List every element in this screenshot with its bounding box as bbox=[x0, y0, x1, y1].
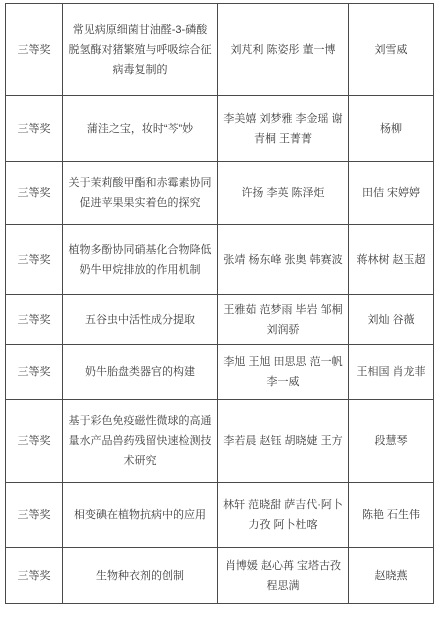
students-cell: 王雅茹 范梦雨 毕岩 邹桐 刘润骄 bbox=[218, 295, 349, 345]
advisors-cell: 赵晓燕 bbox=[349, 548, 434, 604]
students-cell: 李若晨 赵钰 胡晓婕 王方 bbox=[218, 400, 349, 483]
award-list-page: 三等奖 常见病原细菌甘油醛-3-磷酸脱氢酶对猪繁殖与呼吸综合征病毒复制的 刘芃利… bbox=[0, 0, 438, 624]
award-cell: 三等奖 bbox=[6, 295, 63, 345]
advisors-cell: 刘雪威 bbox=[349, 4, 434, 96]
title-cell: 五谷虫中活性成分提取 bbox=[63, 295, 218, 345]
award-cell: 三等奖 bbox=[6, 225, 63, 295]
table-row: 三等奖 植物多酚协同硝基化合物降低奶牛甲烷排放的作用机制 张靖 杨东峰 张奥 韩… bbox=[6, 225, 434, 295]
students-cell: 林轩 范晓甜 萨吉代·阿卜力孜 阿卜杜喀 bbox=[218, 483, 349, 548]
table-row: 三等奖 生物种衣剂的创制 肖博媛 赵心苒 宝塔古孜 程思满 赵晓燕 bbox=[6, 548, 434, 604]
award-cell: 三等奖 bbox=[6, 483, 63, 548]
award-cell: 三等奖 bbox=[6, 4, 63, 96]
award-cell: 三等奖 bbox=[6, 96, 63, 162]
students-cell: 李美嬉 刘梦雅 李金瑶 谢青桐 王菁菁 bbox=[218, 96, 349, 162]
award-table: 三等奖 常见病原细菌甘油醛-3-磷酸脱氢酶对猪繁殖与呼吸综合征病毒复制的 刘芃利… bbox=[5, 3, 434, 604]
advisors-cell: 田佶 宋婷婷 bbox=[349, 162, 434, 225]
advisors-cell: 段慧琴 bbox=[349, 400, 434, 483]
advisors-cell: 蒋林树 赵玉超 bbox=[349, 225, 434, 295]
table-row: 三等奖 蒲洼之宝，妆时“芩”妙 李美嬉 刘梦雅 李金瑶 谢青桐 王菁菁 杨柳 bbox=[6, 96, 434, 162]
table-row: 三等奖 常见病原细菌甘油醛-3-磷酸脱氢酶对猪繁殖与呼吸综合征病毒复制的 刘芃利… bbox=[6, 4, 434, 96]
title-cell: 蒲洼之宝，妆时“芩”妙 bbox=[63, 96, 218, 162]
title-cell: 关于茉莉酸甲酯和赤霉素协同促进苹果果实着色的探究 bbox=[63, 162, 218, 225]
title-cell: 生物种衣剂的创制 bbox=[63, 548, 218, 604]
students-cell: 许扬 李英 陈泽炬 bbox=[218, 162, 349, 225]
advisors-cell: 杨柳 bbox=[349, 96, 434, 162]
students-cell: 刘芃利 陈姿彤 董一博 bbox=[218, 4, 349, 96]
award-cell: 三等奖 bbox=[6, 400, 63, 483]
students-cell: 李旭 王旭 田思思 范一帆 李一威 bbox=[218, 345, 349, 400]
table-row: 三等奖 相变碘在植物抗病中的应用 林轩 范晓甜 萨吉代·阿卜力孜 阿卜杜喀 陈艳… bbox=[6, 483, 434, 548]
title-cell: 相变碘在植物抗病中的应用 bbox=[63, 483, 218, 548]
advisors-cell: 陈艳 石生伟 bbox=[349, 483, 434, 548]
title-cell: 植物多酚协同硝基化合物降低奶牛甲烷排放的作用机制 bbox=[63, 225, 218, 295]
title-cell: 常见病原细菌甘油醛-3-磷酸脱氢酶对猪繁殖与呼吸综合征病毒复制的 bbox=[63, 4, 218, 96]
title-cell: 奶牛胎盘类器官的构建 bbox=[63, 345, 218, 400]
students-cell: 肖博媛 赵心苒 宝塔古孜 程思满 bbox=[218, 548, 349, 604]
table-row: 三等奖 关于茉莉酸甲酯和赤霉素协同促进苹果果实着色的探究 许扬 李英 陈泽炬 田… bbox=[6, 162, 434, 225]
award-cell: 三等奖 bbox=[6, 345, 63, 400]
advisors-cell: 王相国 肖龙菲 bbox=[349, 345, 434, 400]
advisors-cell: 刘灿 谷薇 bbox=[349, 295, 434, 345]
table-row: 三等奖 五谷虫中活性成分提取 王雅茹 范梦雨 毕岩 邹桐 刘润骄 刘灿 谷薇 bbox=[6, 295, 434, 345]
award-cell: 三等奖 bbox=[6, 548, 63, 604]
award-cell: 三等奖 bbox=[6, 162, 63, 225]
table-row: 三等奖 基于彩色免疫磁性微球的高通量水产品兽药残留快速检测技术研究 李若晨 赵钰… bbox=[6, 400, 434, 483]
students-cell: 张靖 杨东峰 张奥 韩赛波 bbox=[218, 225, 349, 295]
table-row: 三等奖 奶牛胎盘类器官的构建 李旭 王旭 田思思 范一帆 李一威 王相国 肖龙菲 bbox=[6, 345, 434, 400]
award-table-body: 三等奖 常见病原细菌甘油醛-3-磷酸脱氢酶对猪繁殖与呼吸综合征病毒复制的 刘芃利… bbox=[6, 4, 434, 604]
title-cell: 基于彩色免疫磁性微球的高通量水产品兽药残留快速检测技术研究 bbox=[63, 400, 218, 483]
